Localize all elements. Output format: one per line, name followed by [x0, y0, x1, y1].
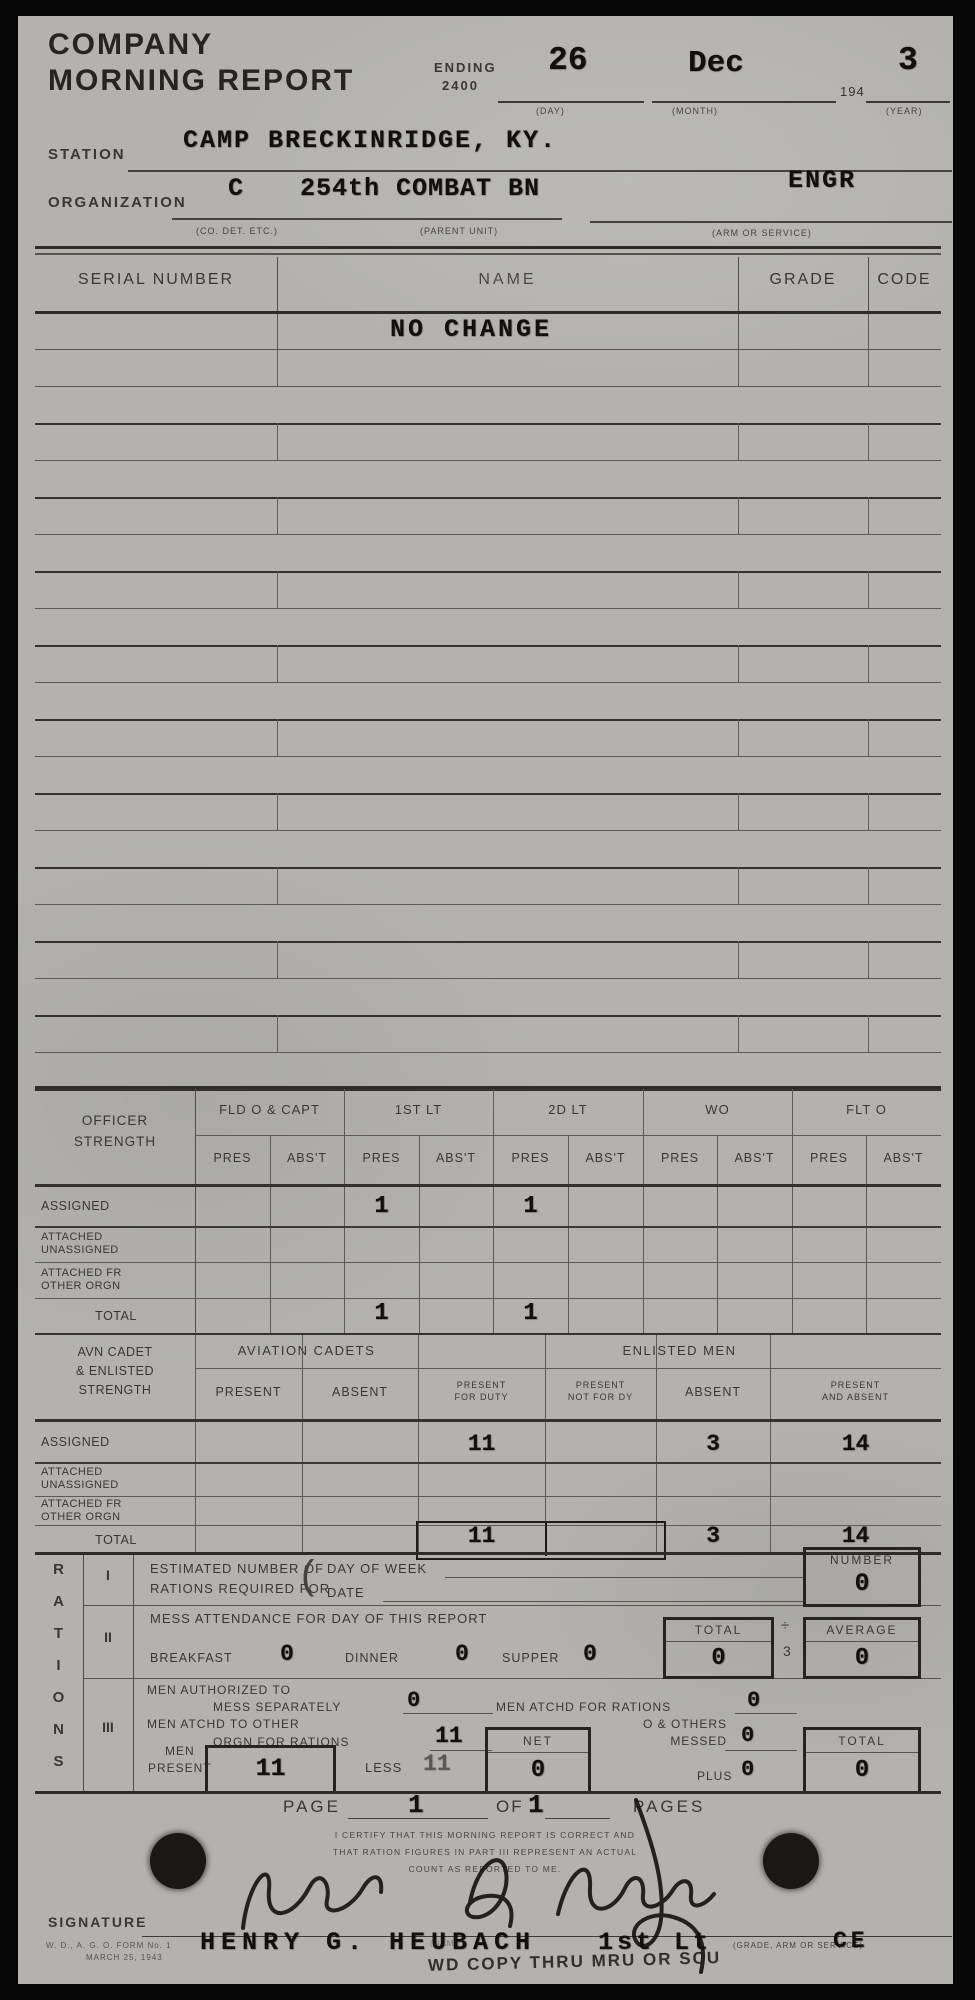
rations3-others-value: 0: [741, 1723, 754, 1748]
officer-row-label: ATTACHED FROTHER ORGN: [41, 1262, 191, 1298]
organization-underline-right: [590, 221, 952, 223]
roster-col-divider: [868, 571, 869, 608]
cert-line-3: COUNT AS REPORTED TO ME.: [255, 1861, 715, 1878]
rations3-net-value: 0: [488, 1757, 588, 1784]
officer-group-header: 1ST LT: [344, 1102, 493, 1117]
rations3-net-box-rule: [488, 1752, 588, 1753]
rations1-number-value: 0: [806, 1569, 918, 1598]
avn-sub-header-line: PRESENT: [545, 1379, 656, 1391]
rations-side-letter: A: [35, 1593, 83, 1610]
roster-header-divider-3: [868, 257, 869, 311]
punch-hole-left: [150, 1833, 206, 1889]
officer-row-label: ASSIGNED: [41, 1186, 191, 1226]
officer-group-underline: [195, 1135, 941, 1136]
roster-col-divider: [277, 571, 278, 608]
roster-empty-row: [35, 423, 941, 461]
rations3-atchd-other-value: 11: [435, 1723, 463, 1749]
rations3-others-line1: O & OTHERS: [595, 1717, 727, 1731]
avn-row-label-line: OTHER ORGN: [41, 1511, 191, 1524]
roster-col-divider: [738, 423, 739, 460]
typed-arm-service: CE: [833, 1928, 869, 1954]
roster-col-divider: [868, 867, 869, 904]
page-label: PAGE: [283, 1797, 341, 1817]
avn-group-underline: [195, 1368, 418, 1369]
avn-enlisted-strength-table: AVIATION CADETSENLISTED MENPRESENTABSENT…: [35, 1333, 941, 1554]
avn-sub-header: ABSENT: [656, 1385, 770, 1399]
rations3-less-value: 11: [423, 1751, 451, 1777]
avn-row-label-line: ATTACHED: [41, 1466, 191, 1479]
roster-empty-row: [35, 867, 941, 905]
roster-col-divider: [868, 941, 869, 978]
scan-border-top: [0, 0, 975, 16]
year-prefix: 194: [840, 84, 865, 99]
avn-group-header: AVIATION CADETS: [195, 1343, 418, 1358]
roster-empty-row: [35, 793, 941, 831]
roster-col-divider: [277, 941, 278, 978]
rations3-plus-value: 0: [741, 1757, 754, 1782]
organization-label: ORGANIZATION: [48, 194, 187, 211]
form-id-line1: W. D., A. G. O. FORM No. 1: [46, 1941, 172, 1950]
rations3-men-present-box: 11: [205, 1745, 336, 1791]
day-underline: [498, 101, 644, 103]
avn-table-title-line: STRENGTH: [35, 1383, 195, 1397]
rations-side-letter: T: [35, 1625, 83, 1642]
day-value: 26: [548, 42, 588, 79]
cert-line-2: THAT RATION FIGURES IN PART III REPRESEN…: [255, 1844, 715, 1861]
officer-group-header: FLD O & CAPT: [195, 1102, 344, 1117]
punch-hole-right: [763, 1833, 819, 1889]
roster-col-divider: [738, 719, 739, 756]
officer-col-divider: [792, 1089, 793, 1333]
roster-row-gap: [35, 978, 941, 1017]
rations1-number-box: NUMBER 0: [803, 1547, 921, 1607]
year-sublabel: (YEAR): [886, 106, 923, 116]
officer-row-label-line: ATTACHED FR: [41, 1267, 191, 1280]
roster-col-divider: [277, 349, 278, 386]
rations2-supper-value: 0: [583, 1641, 597, 1667]
avn-row-label-line: UNASSIGNED: [41, 1479, 191, 1492]
rations2-dinner-value: 0: [455, 1641, 469, 1667]
roster-entry-divider-1: [277, 314, 278, 349]
rations3-total-box-rule: [806, 1752, 918, 1753]
roster-header-serial: SERIAL NUMBER: [35, 271, 277, 289]
avn-sub-header-line: PRESENT: [418, 1379, 545, 1391]
roster-empty-row: [35, 349, 941, 387]
rations3-auth-line1: MEN AUTHORIZED TO: [147, 1683, 291, 1697]
officer-sub-header: PRES: [195, 1151, 270, 1165]
scan-border-bottom: [0, 1984, 975, 2000]
officer-cell-value: 1: [493, 1300, 568, 1327]
rations1-day-underline: [445, 1577, 805, 1578]
roster-col-divider: [738, 645, 739, 682]
page-underline-2: [545, 1818, 610, 1819]
roster-col-divider: [738, 497, 739, 534]
form-title-line2: MORNING REPORT: [48, 64, 354, 98]
rations3-total-box: TOTAL 0: [803, 1727, 921, 1791]
roster-header-divider-2: [738, 257, 739, 311]
rations3-total-box-label: TOTAL: [806, 1734, 918, 1748]
rations3-men-present-value: 11: [208, 1754, 333, 1783]
officer-sub-header: ABS'T: [866, 1151, 941, 1165]
rations3-atchd-label: MEN ATCHD FOR RATIONS: [496, 1700, 671, 1714]
rations-numeral-col-divider: [133, 1555, 134, 1791]
officer-sub-header: ABS'T: [568, 1151, 643, 1165]
rations3-atchd-other-line1: MEN ATCHD TO OTHER: [147, 1717, 300, 1731]
rations2-supper-label: SUPPER: [502, 1651, 559, 1665]
officer-row-label-line: TOTAL: [95, 1309, 137, 1323]
officer-sub-header: PRES: [344, 1151, 419, 1165]
roster-col-divider: [868, 497, 869, 534]
officer-row-label-line: UNASSIGNED: [41, 1244, 191, 1257]
officer-table-title-line: STRENGTH: [35, 1134, 195, 1149]
roster-col-divider: [277, 793, 278, 830]
avn-group-header: ENLISTED MEN: [418, 1343, 941, 1358]
avn-cell-value: 3: [656, 1431, 770, 1457]
page-value: 1: [408, 1790, 424, 1820]
roster-empty-row: [35, 497, 941, 535]
rations3-men-line2: PRESENT: [148, 1761, 212, 1775]
organization-arm-sublabel: (ARM OR SERVICE): [712, 228, 812, 238]
rations2-breakfast-value: 0: [280, 1641, 294, 1667]
avn-sub-header-line: PRESENT: [770, 1379, 941, 1391]
month-underline: [652, 101, 836, 103]
roster-table: SERIAL NUMBER NAME GRADE CODE NO CHANGE: [35, 246, 941, 1089]
rations3-auth-value: 0: [407, 1688, 420, 1713]
roster-col-divider: [868, 423, 869, 460]
roster-row-gap: [35, 460, 941, 499]
roster-header-code: CODE: [868, 271, 941, 289]
rations3-auth-underline: [403, 1713, 493, 1714]
form-id-line2: MARCH 25, 1943: [86, 1953, 163, 1962]
roster-empty-row: [35, 571, 941, 609]
rations3-net-box-label: NET: [488, 1734, 588, 1748]
roster-empty-row: [35, 1015, 941, 1053]
rations3-plus-label: PLUS: [697, 1769, 732, 1783]
avn-total-pencil-box-divider: [545, 1521, 547, 1556]
roster-col-divider: [277, 497, 278, 534]
organization-arm-value: ENGR: [788, 166, 856, 195]
rations2-total-box: TOTAL 0: [663, 1617, 774, 1679]
avn-sub-header: PRESENTFOR DUTY: [418, 1379, 545, 1403]
avn-row-label: TOTAL: [41, 1525, 191, 1554]
roster-header-divider-1: [277, 257, 278, 311]
roster-empty-row: [35, 645, 941, 683]
roster-col-divider: [738, 793, 739, 830]
rations-numeral-1: I: [83, 1567, 133, 1583]
rations1-line1: ESTIMATED NUMBER OF: [150, 1561, 324, 1576]
organization-company-sublabel: (CO. DET. ETC.): [196, 226, 278, 236]
roster-col-divider: [868, 349, 869, 386]
avn-sub-header-line: ABSENT: [656, 1385, 770, 1399]
officer-row-label-line: ATTACHED: [41, 1231, 191, 1244]
of-label: OF: [496, 1797, 524, 1817]
signature-label: SIGNATURE: [48, 1914, 147, 1930]
rations2-total-box-rule: [666, 1641, 771, 1642]
roster-col-divider: [868, 719, 869, 756]
rations-side-letter: S: [35, 1753, 83, 1770]
rations2-total-box-label: TOTAL: [666, 1623, 771, 1637]
officer-group-header: FLT O: [792, 1102, 941, 1117]
rations3-auth-line2: MESS SEPARATELY: [213, 1700, 341, 1714]
officer-cell-value: 1: [344, 1300, 419, 1327]
month-sublabel: (MONTH): [672, 106, 718, 116]
scanned-morning-report: COMPANY MORNING REPORT ENDING 2400 26 (D…: [0, 0, 975, 2000]
roster-col-divider: [868, 793, 869, 830]
roster-col-divider: [277, 867, 278, 904]
month-value: Dec: [688, 46, 744, 81]
officer-cell-value: 1: [493, 1193, 568, 1220]
roster-top-inner-rule: [35, 253, 941, 255]
avn-cell-value: 14: [770, 1523, 941, 1549]
organization-company-value: C: [228, 174, 243, 203]
roster-col-divider: [738, 571, 739, 608]
form-title-line1: COMPANY: [48, 28, 213, 62]
rations2-average-box: AVERAGE 0: [803, 1617, 921, 1679]
roster-empty-rows: [35, 349, 941, 1089]
roster-empty-row: [35, 719, 941, 757]
rations-letter-col-divider: [83, 1555, 84, 1791]
roster-col-divider: [738, 1015, 739, 1052]
officer-col-divider: [643, 1089, 644, 1333]
rations2-average-box-rule: [806, 1641, 918, 1642]
rations-side-letter: I: [35, 1657, 83, 1674]
roster-col-divider: [277, 645, 278, 682]
station-label: STATION: [48, 146, 126, 163]
roster-entry-divider-2: [738, 314, 739, 349]
ending-label: ENDING: [434, 60, 497, 75]
organization-parent-unit-value: 254th COMBAT BN: [300, 174, 540, 203]
avn-row-label-line: ATTACHED FR: [41, 1498, 191, 1511]
rations2-heading: MESS ATTENDANCE FOR DAY OF THIS REPORT: [150, 1611, 487, 1626]
rations3-net-box: NET 0: [485, 1727, 591, 1791]
officer-table-title-line: OFFICER: [35, 1113, 195, 1128]
roster-col-divider: [277, 423, 278, 460]
cert-line-1: I CERTIFY THAT THIS MORNING REPORT IS CO…: [255, 1827, 715, 1844]
rations2-average-value: 0: [806, 1645, 918, 1672]
rations3-others-underline: [725, 1750, 797, 1751]
roster-col-divider: [738, 941, 739, 978]
station-value: CAMP BRECKINRIDGE, KY.: [183, 126, 557, 155]
roster-col-divider: [277, 719, 278, 756]
rations1-day-of-week-label: DAY OF WEEK: [327, 1561, 427, 1576]
roster-row-gap: [35, 608, 941, 647]
rations2-divide-sign: ÷: [781, 1617, 789, 1634]
avn-cell-value: 3: [656, 1523, 770, 1549]
avn-row-label: ASSIGNED: [41, 1422, 191, 1462]
rations-side-letter: R: [35, 1561, 83, 1578]
day-sublabel: (DAY): [536, 106, 565, 116]
roster-entry-divider-3: [868, 314, 869, 349]
roster-empty-row: [35, 941, 941, 979]
rations2-dinner-label: DINNER: [345, 1651, 399, 1665]
avn-sub-header: ABSENT: [302, 1385, 418, 1399]
rations3-atchd-underline: [735, 1713, 797, 1714]
roster-header-name: NAME: [277, 271, 738, 289]
rations3-men-line1: MEN: [165, 1744, 195, 1758]
avn-sub-header-line: FOR DUTY: [418, 1391, 545, 1403]
rations1-date-label: DATE: [327, 1585, 365, 1600]
officer-group-header: 2D LT: [493, 1102, 643, 1117]
roster-col-divider: [738, 867, 739, 904]
rations2-breakfast-label: BREAKFAST: [150, 1651, 233, 1665]
officer-sub-header: PRES: [643, 1151, 717, 1165]
officer-sub-header: ABS'T: [270, 1151, 344, 1165]
year-value: 3: [898, 42, 918, 79]
roster-col-divider: [868, 645, 869, 682]
avn-table-title-line: AVN CADET: [35, 1345, 195, 1359]
officer-label-col-divider: [195, 1089, 196, 1333]
avn-sub-header-line: AND ABSENT: [770, 1391, 941, 1403]
avn-cell-value: 14: [770, 1431, 941, 1457]
rations2-divisor: 3: [783, 1643, 791, 1659]
officer-cell-value: 1: [344, 1193, 419, 1220]
officer-row-label: TOTAL: [41, 1298, 191, 1333]
rations3-others-line2: MESSED: [595, 1734, 727, 1748]
rations-side-letter: N: [35, 1721, 83, 1738]
roster-row-gap: [35, 756, 941, 795]
officer-row-label: ATTACHEDUNASSIGNED: [41, 1226, 191, 1262]
officer-sub-header: ABS'T: [717, 1151, 792, 1165]
avn-row-label: ATTACHEDUNASSIGNED: [41, 1462, 191, 1496]
roster-row-gap: [35, 904, 941, 943]
rations1-date-underline: [383, 1601, 805, 1602]
avn-sub-header: PRESENT: [195, 1385, 302, 1399]
rations2-total-value: 0: [666, 1645, 771, 1672]
avn-row-label-line: ASSIGNED: [41, 1435, 191, 1449]
rations-numeral-2: II: [83, 1629, 133, 1645]
avn-sub-header-line: ABSENT: [302, 1385, 418, 1399]
officer-group-header: WO: [643, 1102, 792, 1117]
typed-name: HENRY G. HEUBACH: [200, 1928, 536, 1957]
avn-row-label: ATTACHED FROTHER ORGN: [41, 1496, 191, 1525]
roster-col-divider: [738, 349, 739, 386]
avn-cell-value: 11: [418, 1431, 545, 1457]
avn-row-label-line: TOTAL: [95, 1533, 137, 1547]
rations3-atchd-value: 0: [747, 1688, 760, 1713]
roster-row-gap: [35, 534, 941, 573]
officer-row-label-line: OTHER ORGN: [41, 1280, 191, 1293]
rations1-number-box-label: NUMBER: [806, 1553, 918, 1567]
roster-header-grade: GRADE: [738, 271, 868, 289]
scan-border-right: [953, 0, 975, 2000]
roster-col-divider: [277, 1015, 278, 1052]
officer-strength-table: FLD O & CAPT1ST LT2D LTWOFLT OPRESABS'TP…: [35, 1086, 941, 1333]
roster-col-divider: [868, 1015, 869, 1052]
rations3-less-label: LESS: [365, 1760, 402, 1775]
rations-side-letters: RATIONS: [35, 1555, 83, 1791]
avn-sub-header: PRESENTAND ABSENT: [770, 1379, 941, 1403]
total-pages-value: 1: [528, 1790, 544, 1820]
year-underline: [866, 101, 950, 103]
pages-label: PAGES: [633, 1797, 705, 1817]
avn-table-title-line: & ENLISTED: [35, 1364, 195, 1378]
avn-sub-header-line: PRESENT: [195, 1385, 302, 1399]
officer-row-label-line: ASSIGNED: [41, 1199, 191, 1213]
roster-row-gap: [35, 682, 941, 721]
organization-parent-sublabel: (PARENT UNIT): [420, 226, 498, 236]
rations-side-letter: O: [35, 1689, 83, 1706]
avn-group-underline: [418, 1368, 941, 1369]
roster-header-bottom-rule: [35, 311, 941, 314]
roster-entry-no-change: NO CHANGE: [390, 315, 552, 344]
rations3-total-value: 0: [806, 1757, 918, 1784]
rations-numeral-3: III: [83, 1719, 133, 1735]
rations2-average-box-label: AVERAGE: [806, 1623, 918, 1637]
roster-row-gap: [35, 386, 941, 425]
rations1-brace: (: [301, 1553, 314, 1598]
avn-sub-header-line: NOT FOR DY: [545, 1391, 656, 1403]
officer-sub-header: PRES: [493, 1151, 568, 1165]
ending-time: 2400: [442, 78, 479, 93]
avn-sub-header: PRESENTNOT FOR DY: [545, 1379, 656, 1403]
officer-sub-header: ABS'T: [419, 1151, 493, 1165]
officer-sub-header: PRES: [792, 1151, 866, 1165]
scan-border-left: [0, 0, 18, 2000]
organization-underline-left: [172, 218, 562, 220]
rations-section: RATIONS I II III ESTIMATED NUMBER OF RAT…: [35, 1552, 941, 1794]
roster-row-gap: [35, 830, 941, 869]
certification-text: I CERTIFY THAT THIS MORNING REPORT IS CO…: [255, 1827, 715, 1878]
